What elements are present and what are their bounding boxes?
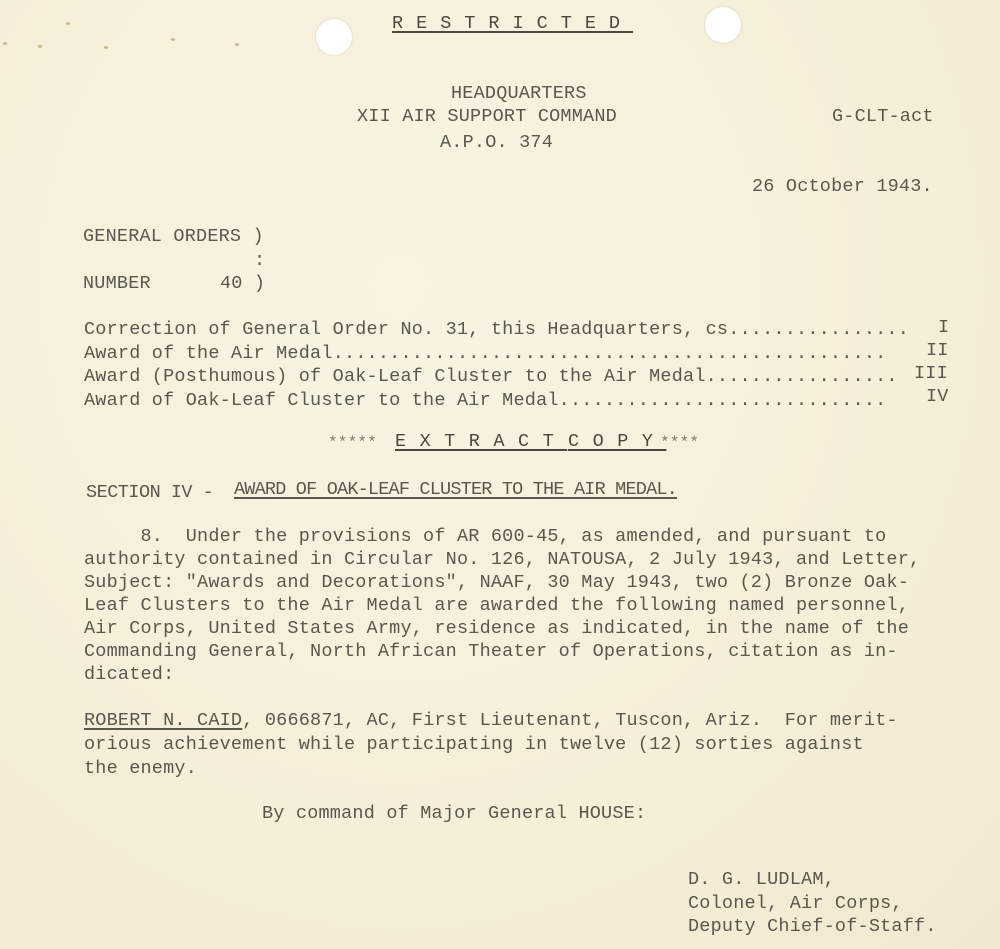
citation-line-3: the enemy. bbox=[84, 757, 197, 780]
paper-speck bbox=[104, 46, 108, 49]
contents-item-text: Award of the Air Medal..................… bbox=[84, 342, 914, 365]
classification-marking: RESTRICTED bbox=[392, 12, 633, 35]
extract-word-extract: EXTRACT bbox=[395, 430, 567, 453]
command-authority: By command of Major General HOUSE: bbox=[262, 802, 646, 825]
contents-item-text: Award (Posthumous) of Oak-Leaf Cluster t… bbox=[84, 365, 914, 388]
document-date: 26 October 1943. bbox=[752, 175, 933, 198]
paragraph-line: Leaf Clusters to the Air Medal are award… bbox=[84, 594, 909, 617]
extract-stars-right: **** bbox=[660, 432, 699, 455]
general-orders-label: GENERAL ORDERS ) bbox=[83, 225, 264, 248]
number-label: NUMBER bbox=[83, 272, 151, 295]
paragraph-line: authority contained in Circular No. 126,… bbox=[84, 548, 920, 571]
paper-speck bbox=[171, 38, 175, 41]
section-title: AWARD OF OAK-LEAF CLUSTER TO THE AIR MED… bbox=[234, 478, 677, 501]
extract-stars-left: ***** bbox=[328, 432, 377, 455]
contents-item-section: IV bbox=[926, 385, 949, 408]
citation-line-1: ROBERT N. CAID, 0666871, AC, First Lieut… bbox=[84, 709, 898, 732]
paragraph-line: Commanding General, North African Theate… bbox=[84, 640, 898, 663]
contents-item-text: Correction of General Order No. 31, this… bbox=[84, 318, 914, 341]
signatory-rank: Colonel, Air Corps, bbox=[688, 892, 903, 915]
paragraph-line: 8. Under the provisions of AR 600-45, as… bbox=[84, 525, 886, 548]
recipient-name: ROBERT N. CAID bbox=[84, 710, 242, 731]
paragraph-line: Air Corps, United States Army, residence… bbox=[84, 617, 909, 640]
contents-item-section: I bbox=[938, 316, 949, 339]
contents-item-text: Award of Oak-Leaf Cluster to the Air Med… bbox=[84, 389, 914, 412]
order-number: 40 ) bbox=[220, 272, 265, 295]
paper-speck bbox=[66, 22, 70, 25]
org-command: XII AIR SUPPORT COMMAND bbox=[357, 105, 617, 128]
contents-item-section: II bbox=[926, 339, 949, 362]
punch-hole-left bbox=[316, 19, 352, 55]
order-colon: : bbox=[254, 249, 265, 272]
reference-code: G-CLT-act bbox=[832, 105, 934, 128]
extract-word-copy: COPY bbox=[568, 430, 666, 453]
section-label: SECTION IV - bbox=[86, 481, 224, 504]
org-headquarters: HEADQUARTERS bbox=[451, 82, 587, 105]
punch-hole-right bbox=[705, 7, 741, 43]
signatory-name: D. G. LUDLAM, bbox=[688, 868, 835, 891]
paragraph-line: Subject: "Awards and Decorations", NAAF,… bbox=[84, 571, 909, 594]
citation-details: , 0666871, AC, First Lieutenant, Tuscon,… bbox=[242, 710, 898, 731]
citation-line-2: orious achievement while participating i… bbox=[84, 733, 864, 756]
signatory-title: Deputy Chief-of-Staff. bbox=[688, 915, 937, 938]
paper-speck bbox=[3, 42, 7, 45]
paragraph-line: dicated: bbox=[84, 663, 174, 686]
paper-speck bbox=[38, 45, 42, 48]
org-apo: A.P.O. 374 bbox=[440, 131, 553, 154]
paper-speck bbox=[235, 43, 239, 46]
contents-item-section: III bbox=[914, 362, 948, 385]
